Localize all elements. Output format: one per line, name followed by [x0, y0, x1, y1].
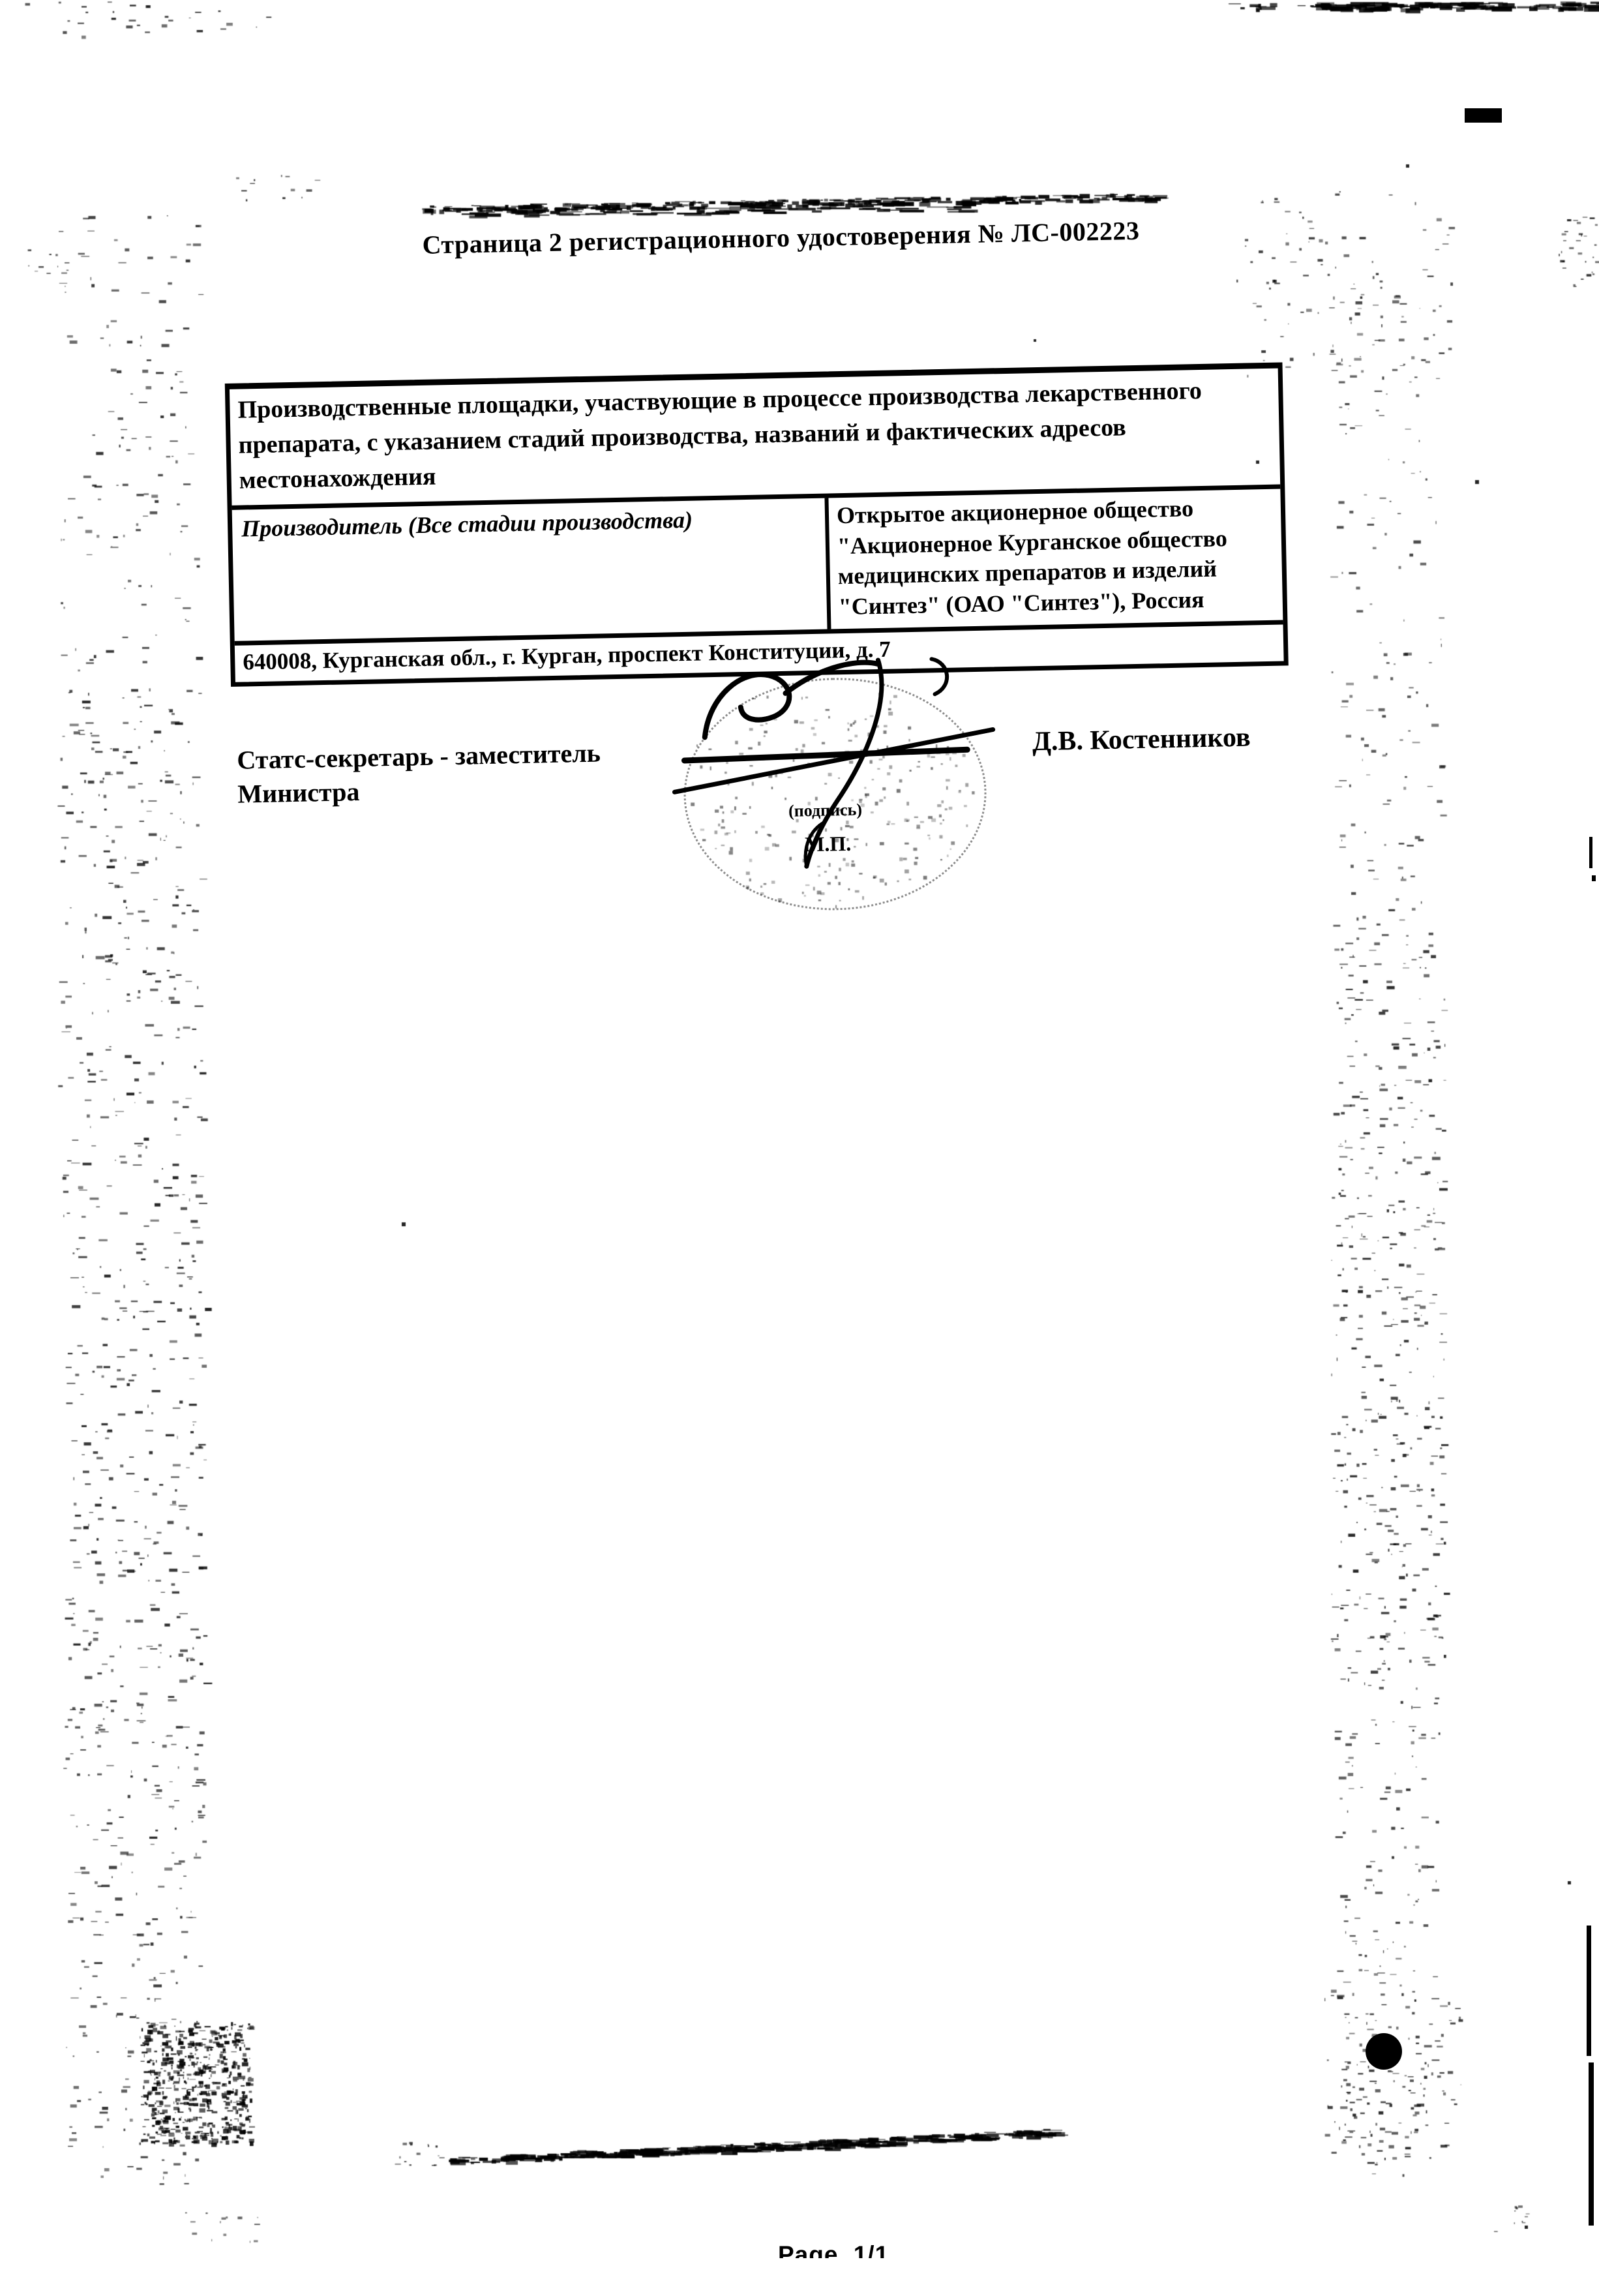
seal-abbr: М.П.: [805, 832, 852, 856]
table-header-cell: Производственные площадки, участвующие в…: [230, 369, 1280, 510]
page-header: Страница 2 регистрационного удостоверени…: [422, 215, 1140, 260]
table-row-manufacturer: Производитель (Все стадии производства) …: [232, 489, 1283, 645]
signer-title: Статс-секретарь - заместитель Министра: [237, 736, 602, 811]
document-content: Страница 2 регистрационного удостоверени…: [0, 0, 1599, 2296]
scanned-document-page: Страница 2 регистрационного удостоверени…: [0, 0, 1599, 2296]
printer-footer: Page 1/1: [778, 2241, 889, 2258]
scan-edge-line: [1587, 1926, 1591, 2056]
manufacturer-value-cell: Открытое акционерное общество "Акционерн…: [828, 489, 1283, 629]
footer-page-label: Page 1/1: [778, 2241, 889, 2258]
signature-caption: (подпись): [788, 800, 863, 821]
scan-edge-line: [1589, 2062, 1594, 2226]
punch-hole-mark: [1366, 2033, 1402, 2070]
scan-edge-tick: [1589, 837, 1592, 868]
manufacturer-label-cell: Производитель (Все стадии производства): [232, 498, 831, 641]
toner-dash-mark: [1465, 108, 1502, 123]
signature-scribble: [657, 622, 1067, 917]
scan-edge-dot: [1592, 875, 1596, 881]
signer-name: Д.В. Костенников: [1032, 722, 1251, 758]
